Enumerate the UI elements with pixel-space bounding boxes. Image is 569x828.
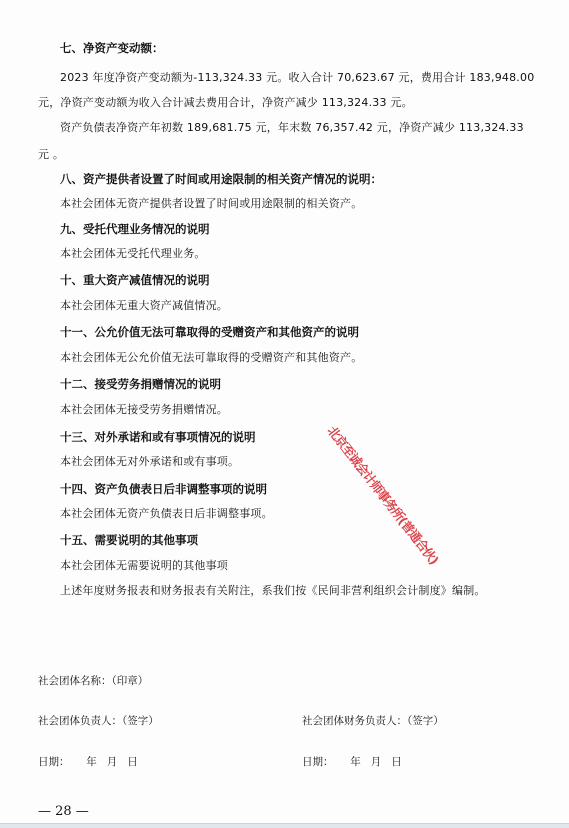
- closing-statement: 上述年度财务报表和财务报表有关附注，系我们按《民间非营利组织会计制度》编制。: [60, 584, 486, 598]
- section-body-12: 本社会团体无接受劳务捐赠情况。: [60, 403, 228, 417]
- section-body-13: 本社会团体无对外承诺和或有事项。: [60, 455, 239, 469]
- section-heading-15: 十五、需要说明的其他事项: [60, 533, 198, 547]
- date-right: 日期： 年 月 日: [302, 754, 402, 769]
- viewer-bottom-edge: [0, 823, 569, 828]
- paragraph-line: 元 。: [38, 148, 64, 162]
- leader-signature-label: 社会团体负责人：（签字）: [38, 713, 159, 728]
- section-body-15: 本社会团体无需要说明的其他事项: [60, 559, 228, 573]
- org-name-label: 社会团体名称：（印章）: [38, 673, 148, 688]
- paragraph-line: 2023 年度净资产变动额为-113,324.33 元。收入合计 70,623.…: [60, 71, 534, 85]
- section-body-8: 本社会团体无资产提供者设置了时间或用途限制的相关资产。: [60, 197, 362, 211]
- section-body-9: 本社会团体无受托代理业务。: [60, 247, 206, 261]
- page-number: — 28 —: [38, 804, 89, 819]
- section-heading-7: 七、净资产变动额：: [60, 41, 164, 55]
- section-body-11: 本社会团体无公允价值无法可靠取得的受赠资产和其他资产。: [60, 351, 362, 365]
- finance-leader-signature-label: 社会团体财务负责人：（签字）: [302, 713, 444, 728]
- section-heading-8: 八、资产提供者设置了时间或用途限制的相关资产情况的说明：: [60, 172, 382, 186]
- paragraph-line: 元，净资产变动额为收入合计减去费用合计，净资产减少 113,324.33 元。: [38, 96, 413, 110]
- date-left: 日期： 年 月 日: [38, 754, 138, 769]
- auditor-stamp: 北京至诚会计师事务所(普通合伙): [324, 422, 443, 567]
- section-heading-12: 十二、接受劳务捐赠情况的说明: [60, 377, 221, 391]
- section-body-10: 本社会团体无重大资产减值情况。: [60, 299, 228, 313]
- section-body-14: 本社会团体无资产负债表日后非调整事项。: [60, 507, 273, 521]
- paragraph-line: 资产负债表净资产年初数 189,681.75 元，年末数 76,357.42 元…: [60, 121, 524, 135]
- section-heading-11: 十一、公允价值无法可靠取得的受赠资产和其他资产的说明: [60, 325, 359, 339]
- section-heading-14: 十四、资产负债表日后非调整事项的说明: [60, 482, 267, 496]
- section-heading-10: 十、重大资产减值情况的说明: [60, 273, 210, 287]
- section-heading-13: 十三、对外承诺和或有事项情况的说明: [60, 430, 256, 444]
- section-heading-9: 九、受托代理业务情况的说明: [60, 222, 210, 236]
